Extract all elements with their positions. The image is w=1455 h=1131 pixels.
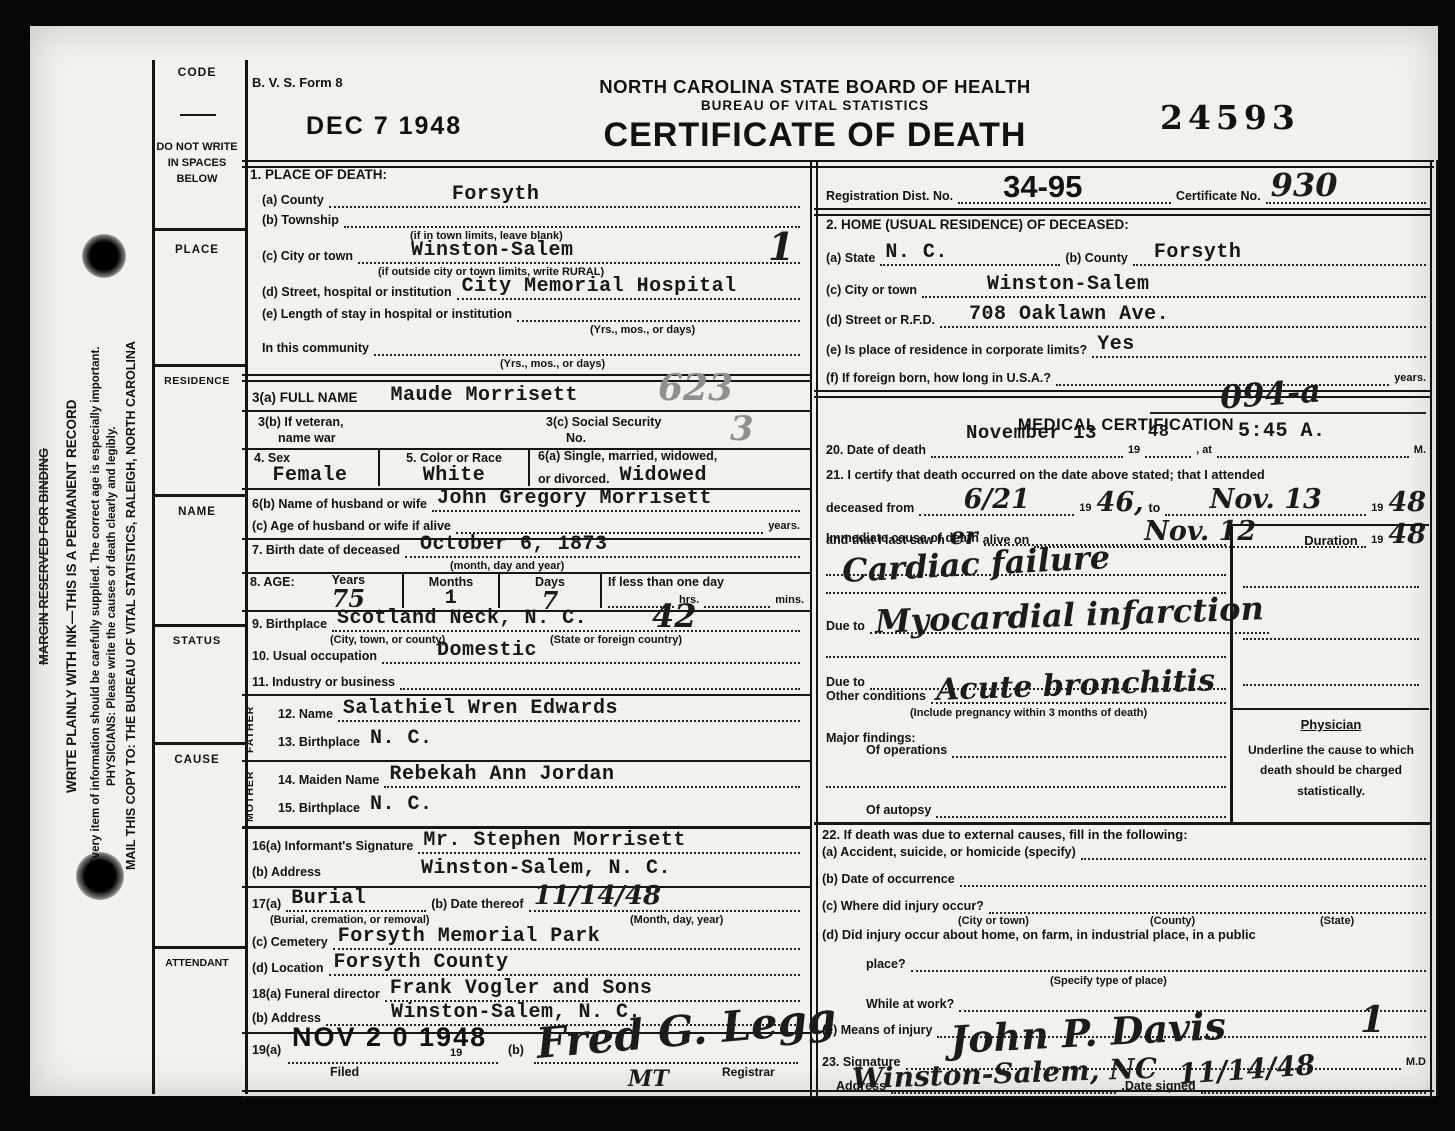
coding-label-status: STATUS <box>152 636 242 648</box>
city-label: (c) City or town <box>262 250 353 263</box>
informant-value: Mr. Stephen Morrisett <box>423 831 686 851</box>
punch-hole-bottom <box>76 852 124 900</box>
field-informant: 16(a) Informant's Signature Mr. Stephen … <box>252 830 800 854</box>
certify-statement: 21. I certify that death occurred on the… <box>826 468 1265 481</box>
in-community-hint: (Yrs., mos., or days) <box>500 359 605 371</box>
birthplace-handwritten-42: 42 <box>652 600 697 632</box>
field-date-of-death: 20. Date of death 19 , at M. <box>826 434 1426 458</box>
field-foreign-born: (f) If foreign born, how long in U.S.A.?… <box>826 362 1426 386</box>
home-street-label: (d) Street or R.F.D. <box>826 314 935 327</box>
husband-label: 6(b) Name of husband or wife <box>252 498 427 511</box>
township-label: (b) Township <box>262 214 339 227</box>
field-cemetery: (c) Cemetery Forsyth Memorial Park <box>252 926 800 950</box>
margin-permanent-record-note: WRITE PLAINLY WITH INK—THIS IS A PERMANE… <box>64 166 79 1026</box>
field-birth-date: 7. Birth date of deceased October 6, 187… <box>252 536 800 558</box>
mother-birthplace-label: 15. Birthplace <box>278 802 360 815</box>
marital-label-2: or divorced. <box>538 473 610 486</box>
medical-certification-header: MEDICAL CERTIFICATION <box>826 416 1426 435</box>
home-header: 2. HOME (USUAL RESIDENCE) OF DECEASED: <box>826 218 1129 232</box>
birth-date-label: 7. Birth date of deceased <box>252 544 400 557</box>
physician-divider <box>1233 708 1429 710</box>
pencil-code-3: 3 <box>730 412 754 446</box>
birthplace-label: 9. Birthplace <box>252 618 327 631</box>
coding-label-place: PLACE <box>152 244 242 256</box>
place-of-death-header: 1. PLACE OF DEATH: <box>250 168 387 182</box>
external-section-rule <box>814 822 1430 825</box>
row-divider <box>242 694 810 696</box>
handwritten-code-094a: 094-a <box>1219 375 1322 414</box>
funeral-director-value: Frank Vogler and Sons <box>390 979 653 999</box>
row-divider <box>242 410 810 412</box>
certificate-title: CERTIFICATE OF DEATH <box>550 116 1080 155</box>
burial-date-value: 11/14/48 <box>534 883 662 909</box>
ssn-label-1: 3(c) Social Security <box>546 416 661 429</box>
duration-label: Duration <box>1233 526 1429 548</box>
attended-from-value: 6/21 <box>964 486 1030 513</box>
field-mother-name: 14. Maiden Name Rebekah Ann Jordan <box>278 764 800 788</box>
certificate-serial-number: 24593 <box>1160 98 1300 137</box>
length-of-stay-label: (e) Length of stay in hospital or instit… <box>262 308 512 321</box>
field-due-to-1: Due to Myocardial infarction <box>826 604 1226 634</box>
scanned-death-certificate: MARGIN RESERVED FOR BINDING WRITE PLAINL… <box>0 0 1455 1131</box>
coding-divider <box>152 228 245 231</box>
address-label: Address <box>836 1080 886 1093</box>
field-other-conditions: Other conditions Acute bronchitis <box>826 678 1226 704</box>
field-date-of-occurrence: (b) Date of occurrence <box>822 867 1426 887</box>
birth-date-value: October 6, 1873 <box>410 535 608 555</box>
attended-from-year-prefix: 19 <box>1079 503 1091 515</box>
margin-binding-note: MARGIN RESERVED FOR BINDING <box>36 146 51 966</box>
registrar-caption: Registrar <box>722 1066 775 1079</box>
coding-divider <box>152 624 245 627</box>
field-birthplace: 9. Birthplace Scotland Neck, N. C. <box>252 608 800 632</box>
header-rule <box>242 160 1434 168</box>
duration-line <box>1243 638 1419 640</box>
field-injury-place: place? <box>866 952 1426 972</box>
attended-from-year: 46, <box>1097 489 1144 516</box>
field-informant-address: (b) Address Winston-Salem, N. C. <box>252 858 800 880</box>
veteran-label-2: name war <box>278 432 336 445</box>
street-value: City Memorial Hospital <box>462 277 737 297</box>
field-city-or-town: (c) City or town Winston-Salem <box>262 240 800 264</box>
funeral-director-label: 18(a) Funeral director <box>252 988 380 1001</box>
father-birthplace-value: N. C. <box>370 729 433 749</box>
husband-value: John Gregory Morrisett <box>437 489 712 509</box>
burial-value: Burial <box>291 889 366 909</box>
certificate-no-label: Certificate No. <box>1176 190 1261 203</box>
registration-rule <box>814 208 1430 216</box>
informant-label: 16(a) Informant's Signature <box>252 840 413 853</box>
informant-address-label: (b) Address <box>252 866 321 879</box>
field-where-injury: (c) Where did injury occur? <box>822 894 1426 914</box>
injury-place-question: (d) Did injury occur about home, on farm… <box>822 928 1256 941</box>
coding-label-code: CODE <box>152 66 242 79</box>
date-signed-label: .Date signed <box>1121 1080 1195 1093</box>
coding-label-cause: CAUSE <box>152 754 242 766</box>
filed-num-label: 19(a) <box>252 1044 281 1057</box>
corporate-limits-value: Yes <box>1097 335 1135 355</box>
father-group-label: FATHER <box>245 698 256 760</box>
mins-label: mins. <box>775 595 804 607</box>
coding-label-residence: RESIDENCE <box>152 376 242 387</box>
certificate-no-value: 930 <box>1271 169 1338 201</box>
board-of-health-title: NORTH CAROLINA STATE BOARD OF HEALTH <box>550 76 1080 98</box>
certificate-paper: MARGIN RESERVED FOR BINDING WRITE PLAINL… <box>30 26 1438 1096</box>
right-frame-border <box>1430 160 1438 1096</box>
filed-caption: Filed <box>330 1066 359 1079</box>
burial-date-hint: (Month, day, year) <box>630 915 723 927</box>
foreign-born-label: (f) If foreign born, how long in U.S.A.? <box>826 372 1051 385</box>
pencil-code-623: 623 <box>658 370 733 406</box>
injury-place-label: place? <box>866 958 906 971</box>
column-divider <box>810 160 818 1096</box>
field-home-city: (c) City or town Winston-Salem <box>826 272 1426 298</box>
home-county-value: Forsyth <box>1138 243 1242 263</box>
physician-note: Underline the cause to which death shoul… <box>1243 740 1419 801</box>
coding-divider <box>152 364 245 367</box>
registrar-sub-label: (b) <box>508 1044 524 1057</box>
home-city-label: (c) City or town <box>826 284 917 297</box>
race-value: White <box>423 466 486 486</box>
field-in-community: In this community <box>262 332 800 356</box>
cemetery-label: (c) Cemetery <box>252 936 328 949</box>
home-section-rule <box>814 390 1430 398</box>
field-corporate-limits: (e) Is place of residence in corporate l… <box>826 332 1426 358</box>
occupation-label: 10. Usual occupation <box>252 650 377 663</box>
form-number: B. V. S. Form 8 <box>252 76 343 90</box>
field-accident-suicide: (a) Accident, suicide, or homicide (spec… <box>822 840 1426 860</box>
registration-dist-label: Registration Dist. No. <box>826 190 953 203</box>
death-at-label: , at <box>1196 445 1212 457</box>
sex-value: Female <box>272 466 347 486</box>
coding-divider <box>152 742 245 745</box>
code-dash <box>180 114 216 116</box>
birth-date-hint: (month, day and year) <box>450 561 564 573</box>
field-father-name: 12. Name Salathiel Wren Edwards <box>278 698 800 722</box>
filed-year-prefix: 19 <box>450 1048 462 1060</box>
less-than-day-label: If less than one day <box>608 576 804 589</box>
due-to-1-value: Myocardial infarction <box>874 592 1264 638</box>
ssn-label-2: No. <box>566 432 586 445</box>
coding-column <box>152 60 248 1094</box>
registrar-initials: MT <box>628 1068 669 1090</box>
injury-hint-county: (County) <box>1150 916 1195 928</box>
filed-line <box>288 1062 498 1064</box>
cause-line <box>826 656 1226 658</box>
death-year-prefix: 19 <box>1128 445 1140 457</box>
field-mother-birthplace: 15. Birthplace N. C. <box>278 794 800 816</box>
home-state-value: N. C. <box>885 243 948 263</box>
cause-line <box>826 574 1226 576</box>
field-husband-name: 6(b) Name of husband or wife John Gregor… <box>252 490 800 512</box>
means-handwritten-mark: 1 <box>1360 1002 1385 1038</box>
findings-line <box>826 786 1226 788</box>
in-community-label: In this community <box>262 342 369 355</box>
field-industry: 11. Industry or business <box>252 670 800 690</box>
field-operations: Of operations <box>866 742 1226 758</box>
husband-age-suffix: years. <box>768 521 800 533</box>
home-state-label: (a) State <box>826 252 875 265</box>
field-husband-age: (c) Age of husband or wife if alive year… <box>252 514 800 534</box>
industry-label: 11. Industry or business <box>252 676 395 689</box>
field-funeral-director: 18(a) Funeral director Frank Vogler and … <box>252 978 800 1002</box>
margin-supplied-note: Every item of information should be care… <box>90 166 102 1046</box>
burial-date-label: (b) Date thereof <box>431 898 523 911</box>
signature-md-label: M.D <box>1406 1057 1426 1069</box>
accident-label: (a) Accident, suicide, or homicide (spec… <box>822 846 1076 859</box>
mother-group-label: MOTHER <box>245 764 256 828</box>
full-name-label: 3(a) FULL NAME <box>252 391 358 405</box>
city-value: Winston-Salem <box>363 241 574 261</box>
death-m-label: M. <box>1414 445 1426 457</box>
coding-divider <box>152 494 245 497</box>
occupation-value: Domestic <box>387 641 537 661</box>
due-to-1-label: Due to <box>826 620 865 633</box>
veteran-label-1: 3(b) If veteran, <box>258 416 343 429</box>
code-underline <box>1150 412 1426 414</box>
punch-hole-top <box>82 234 126 278</box>
sex-race-marital-row: 4. Sex Female 5. Color or Race White 6(a… <box>242 450 810 486</box>
cemetery-location-label: (d) Location <box>252 962 324 975</box>
county-value: Forsyth <box>334 185 540 205</box>
field-address-date-signed: Address .Date signed <box>836 1072 1426 1094</box>
while-at-work-label: While at work? <box>866 998 954 1011</box>
field-length-of-stay: (e) Length of stay in hospital or instit… <box>262 298 800 322</box>
duration-line <box>1243 586 1419 588</box>
age-row: 8. AGE: Years 75 Months 1 Days 7 If less… <box>242 574 810 608</box>
coding-label-name: NAME <box>152 506 242 518</box>
cemetery-value: Forsyth Memorial Park <box>338 927 601 947</box>
other-conditions-hint: (Include pregnancy within 3 months of de… <box>910 708 1147 720</box>
coding-divider <box>152 946 245 949</box>
coding-label-do-not-write: DO NOT WRITE IN SPACES BELOW <box>156 140 238 188</box>
injury-hint-city: (City or town) <box>958 916 1029 928</box>
immediate-cause-label: Immediate cause of death <box>826 532 979 545</box>
attended-to-value: Nov. 13 <box>1210 486 1322 513</box>
home-city-value: Winston-Salem <box>927 275 1150 295</box>
margin-mail-note: MAIL THIS COPY TO: THE BUREAU OF VITAL S… <box>124 156 138 1056</box>
row-divider <box>242 760 810 762</box>
duration-line <box>1243 684 1419 686</box>
field-county: (a) County Forsyth <box>262 184 800 208</box>
father-birthplace-label: 13. Birthplace <box>278 736 360 749</box>
registration-dist-value: 34-95 <box>963 173 1082 201</box>
field-home-state-county: (a) State N. C. (b) County Forsyth <box>826 240 1426 266</box>
field-burial: 17(a) Burial (b) Date thereof 11/14/48 <box>252 888 800 912</box>
means-of-injury-label: (e) Means of injury <box>822 1024 932 1037</box>
full-name-value: Maude Morrisett <box>363 386 579 406</box>
informant-address-value: Winston-Salem, N. C. <box>331 859 671 879</box>
field-autopsy: Of autopsy <box>866 802 1226 818</box>
field-street-hospital: (d) Street, hospital or institution City… <box>262 274 800 300</box>
sex-label: 4. Sex <box>242 450 290 465</box>
occurrence-label: (b) Date of occurrence <box>822 873 955 886</box>
age-label: 8. AGE: <box>242 574 295 608</box>
other-conditions-value: Acute bronchitis <box>936 666 1216 706</box>
mother-name-label: 14. Maiden Name <box>278 774 379 787</box>
home-street-value: 708 Oaklawn Ave. <box>945 305 1169 325</box>
where-injury-label: (c) Where did injury occur? <box>822 900 984 913</box>
husband-age-label: (c) Age of husband or wife if alive <box>252 520 451 533</box>
death-date-label: 20. Date of death <box>826 444 926 457</box>
marital-value: Widowed <box>620 466 708 486</box>
operations-label: Of operations <box>866 744 947 757</box>
duration-physician-box: Duration Physician Underline the cause t… <box>1230 524 1429 822</box>
father-name-value: Salathiel Wren Edwards <box>343 699 618 719</box>
bureau-subtitle: BUREAU OF VITAL STATISTICS <box>550 98 1080 113</box>
cemetery-location-value: Forsyth County <box>334 953 509 973</box>
coding-label-attendant: ATTENDANT <box>152 958 242 969</box>
race-label: 5. Color or Race <box>406 450 502 465</box>
attended-to-year: 48 <box>1388 489 1426 516</box>
injury-place-hint: (Specify type of place) <box>1050 976 1167 988</box>
physician-label: Physician <box>1233 718 1429 732</box>
autopsy-label: Of autopsy <box>866 804 931 817</box>
corporate-limits-label: (e) Is place of residence in corporate l… <box>826 344 1087 357</box>
field-attended-from: deceased from 6/21 19 46, to Nov. 13 19 … <box>826 486 1426 516</box>
field-occupation: 10. Usual occupation Domestic <box>252 642 800 664</box>
mother-name-value: Rebekah Ann Jordan <box>389 765 614 785</box>
injury-hint-state: (State) <box>1320 916 1354 928</box>
attended-to-year-prefix: 19 <box>1371 503 1383 515</box>
attended-to-label: to <box>1149 502 1161 515</box>
father-name-label: 12. Name <box>278 708 333 721</box>
burial-num-label: 17(a) <box>252 898 281 911</box>
city-handwritten-mark: 1 <box>768 228 794 266</box>
home-county-label: (b) County <box>1065 252 1127 265</box>
foreign-born-suffix: years. <box>1394 373 1426 385</box>
field-father-birthplace: 13. Birthplace N. C. <box>278 728 800 750</box>
marital-label-1: 6(a) Single, married, widowed, <box>538 450 717 463</box>
received-date-stamp: DEC 7 1948 <box>306 112 462 141</box>
other-conditions-label: Other conditions <box>826 690 926 703</box>
field-home-street: (d) Street or R.F.D. 708 Oaklawn Ave. <box>826 302 1426 328</box>
margin-physicians-note: PHYSICIANS: Please write the causes of d… <box>106 186 118 1026</box>
registration-row: Registration Dist. No. 34-95 Certificate… <box>826 172 1426 204</box>
attended-from-label: deceased from <box>826 502 914 515</box>
mother-birthplace-value: N. C. <box>370 795 433 815</box>
birthplace-value: Scotland Neck, N. C. <box>337 609 587 629</box>
field-township: (b) Township <box>262 206 800 228</box>
field-cemetery-location: (d) Location Forsyth County <box>252 952 800 976</box>
